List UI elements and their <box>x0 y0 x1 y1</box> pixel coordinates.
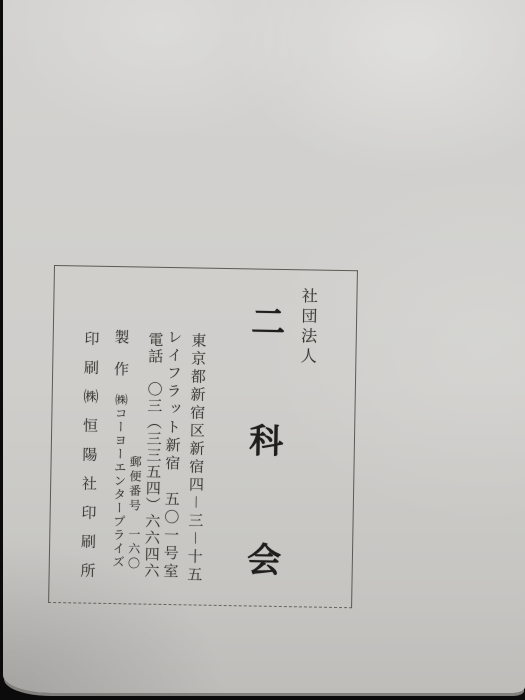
postal-code-text: 郵便番号 一六〇 <box>127 455 142 571</box>
production-label: 製作 <box>112 329 131 393</box>
book-page: 社団法人 二 科 会 東京都新宿区新宿四－三－十五 レイフラット新宿 五〇一号室… <box>3 0 525 693</box>
org-name-char-1: 二 <box>246 303 282 338</box>
org-name-text: 二 科 会 <box>242 303 282 576</box>
colophon-box: 社団法人 二 科 会 東京都新宿区新宿四－三－十五 レイフラット新宿 五〇一号室… <box>48 265 358 608</box>
address-line2-text: レイフラット新宿 五〇一号室 <box>162 329 182 581</box>
org-name-char-2: 科 <box>244 422 280 457</box>
printing-label: 印刷 <box>82 331 101 389</box>
photo-background: 社団法人 二 科 会 東京都新宿区新宿四－三－十五 レイフラット新宿 五〇一号室… <box>0 0 525 700</box>
phone-number-text: 電話 〇三（三三五四）六六四六 <box>143 332 163 580</box>
printing-company: ㈱恒陽社印刷所 <box>78 389 100 592</box>
address-line1-text: 東京都新宿区新宿四－三－十五 <box>185 332 205 584</box>
production-credit-text: 製作㈱コーヨーエンタープライズ <box>109 329 129 569</box>
production-company: ㈱コーヨーエンタープライズ <box>110 393 128 569</box>
printing-credit-text: 印刷㈱恒陽社印刷所 <box>78 331 98 592</box>
org-type-text: 社団法人 <box>298 287 316 367</box>
org-name-char-3: 会 <box>242 541 278 576</box>
